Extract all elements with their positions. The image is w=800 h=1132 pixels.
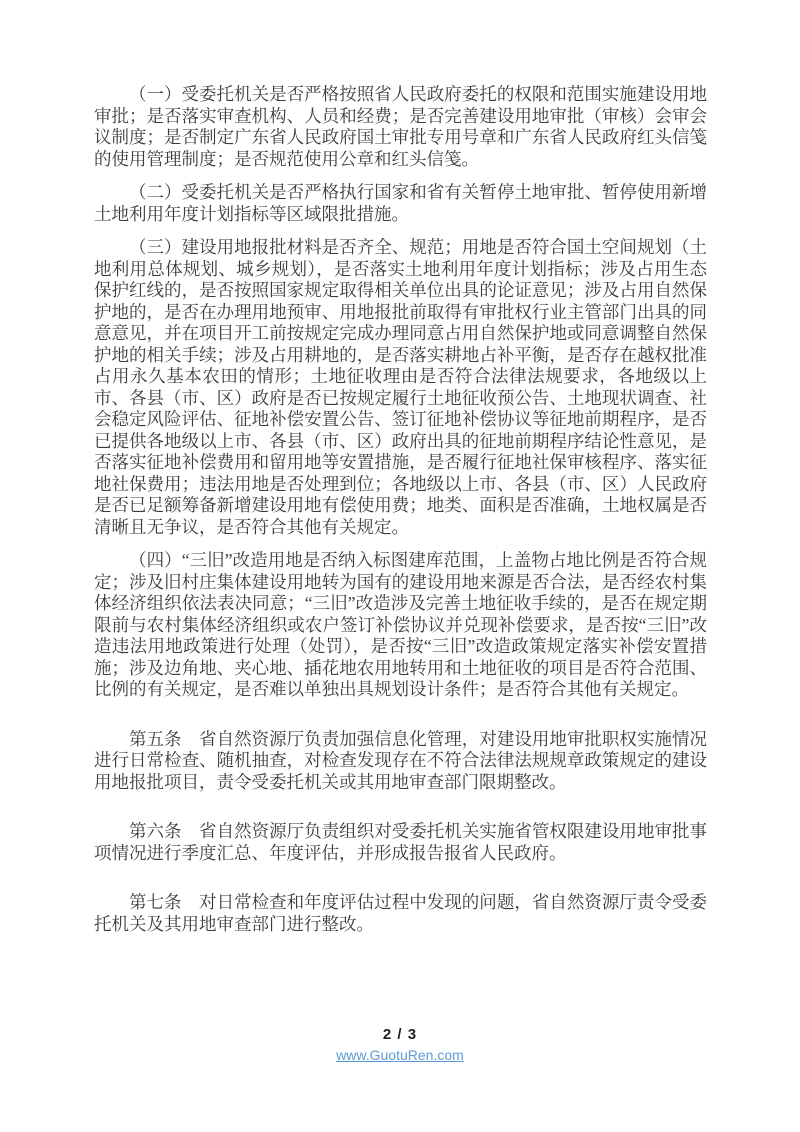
article-7-paragraph: 第七条 对日常检查和年度评估过程中发现的问题，省自然资源厅责令受委托机关及其用地… <box>94 892 707 935</box>
clause-item-3: （三）建设用地报批材料是否齐全、规范；用地是否符合国土空间规划（土地利用总体规划… <box>94 237 707 538</box>
page-number-indicator: 2 / 3 <box>0 1026 800 1043</box>
article-6-paragraph: 第六条 省自然资源厅负责组织对受委托机关实施省管权限建设用地审批事项情况进行季度… <box>94 821 707 864</box>
clause-item-1: （一）受委托机关是否严格按照省人民政府委托的权限和范围实施建设用地审批；是否落实… <box>94 84 707 170</box>
website-link[interactable]: www.GuotuRen.com <box>336 1047 464 1063</box>
clause-item-2: （二）受委托机关是否严格执行国家和省有关暂停土地审批、暂停使用新增土地利用年度计… <box>94 182 707 225</box>
article-5-paragraph: 第五条 省自然资源厅负责加强信息化管理，对建设用地审批职权实施情况进行日常检查、… <box>94 729 707 794</box>
document-body: （一）受委托机关是否严格按照省人民政府委托的权限和范围实施建设用地审批；是否落实… <box>94 84 707 947</box>
page-footer: 2 / 3 www.GuotuRen.com <box>0 1026 800 1065</box>
clause-item-4: （四）“三旧”改造用地是否纳入标图建库范围，上盖物占地比例是否符合规定；涉及旧村… <box>94 550 707 701</box>
